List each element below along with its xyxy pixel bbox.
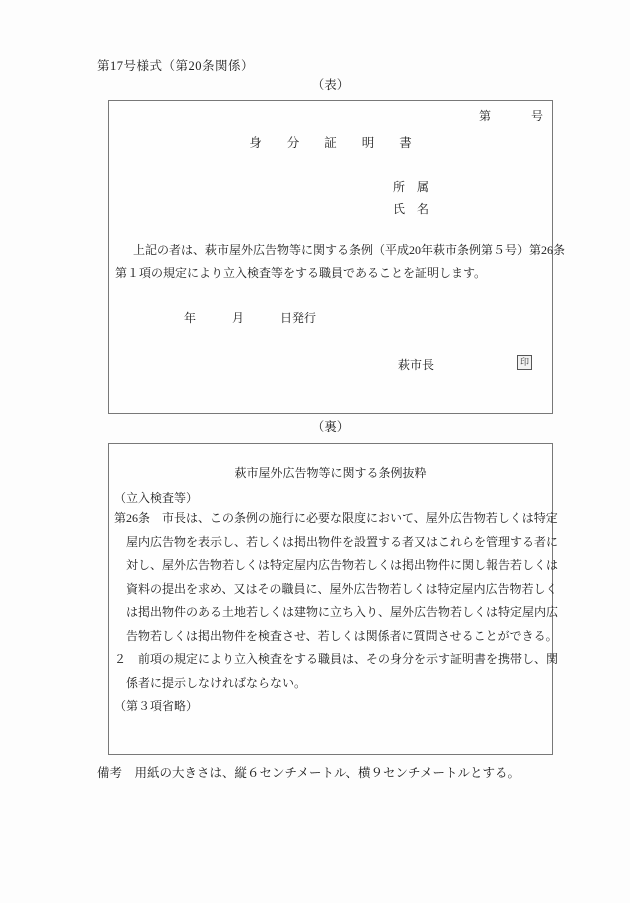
id-card-title: 身 分 証 明 書 bbox=[109, 133, 552, 151]
affiliation-label: 所 属 bbox=[393, 178, 429, 195]
doc-number-line: 第 号 bbox=[479, 107, 544, 124]
remarks-note: 備考 用紙の大きさは、縦６センチメートル、横９センチメートルとする。 bbox=[97, 763, 520, 781]
back-side-label: （裏） bbox=[108, 417, 553, 435]
paragraph2-line: ２ 前項の規定により立入検査をする職員は、その身分を示す証明書を携帯し、関 bbox=[114, 652, 548, 676]
certify-text-line-2: 第１項の規定により立入検査等をする職員であることを証明します。 bbox=[115, 264, 548, 281]
article-line: 告物若しくは掲出物件を検査させ、若しくは関係者に質問させることができる。 bbox=[114, 629, 560, 653]
paragraph2-line: 係者に提示しなければならない。 bbox=[114, 676, 560, 700]
issuer-name: 萩市長 bbox=[398, 356, 434, 373]
article-line: は掲出物件のある土地若しくは建物に立ち入り、屋外広告物若しくは特定屋内広 bbox=[114, 605, 560, 629]
certify-text-line-1: 上記の者は、萩市屋外広告物等に関する条例（平成20年萩市条例第５号）第26条 bbox=[115, 241, 548, 258]
document-page: 第17号様式（第20条関係） （表） 第 号 身 分 証 明 書 所 属 氏 名… bbox=[0, 0, 630, 903]
form-heading: 第17号様式（第20条関係） bbox=[97, 56, 254, 74]
front-side-label: （表） bbox=[108, 75, 553, 93]
article-line: 屋内広告物を表示し、若しくは掲出物件を設置する者又はこれらを管理する者に bbox=[114, 535, 560, 559]
omission-note: （第３項省略） bbox=[114, 699, 548, 723]
article-line: 対し、屋外広告物若しくは特定屋内広告物若しくは掲出物件に関し報告若しくは bbox=[114, 558, 560, 582]
section-label: （立入検査等） bbox=[114, 489, 198, 506]
back-card: 萩市屋外広告物等に関する条例抜粋 （立入検査等） 第26条 市長は、この条例の施… bbox=[108, 443, 553, 755]
front-card: 第 号 身 分 証 明 書 所 属 氏 名 上記の者は、萩市屋外広告物等に関する… bbox=[108, 100, 553, 414]
name-label: 氏 名 bbox=[393, 200, 429, 217]
ordinance-excerpt-title: 萩市屋外広告物等に関する条例抜粋 bbox=[109, 464, 552, 481]
issue-date-line: 年 月 日発行 bbox=[184, 309, 316, 326]
seal-mark: 印 bbox=[517, 355, 532, 370]
article-line: 資料の提出を求め、又はその職員に、屋外広告物若しくは特定屋内広告物若しく bbox=[114, 582, 560, 606]
article-line: 第26条 市長は、この条例の施行に必要な限度において、屋外広告物若しくは特定 bbox=[114, 511, 548, 535]
